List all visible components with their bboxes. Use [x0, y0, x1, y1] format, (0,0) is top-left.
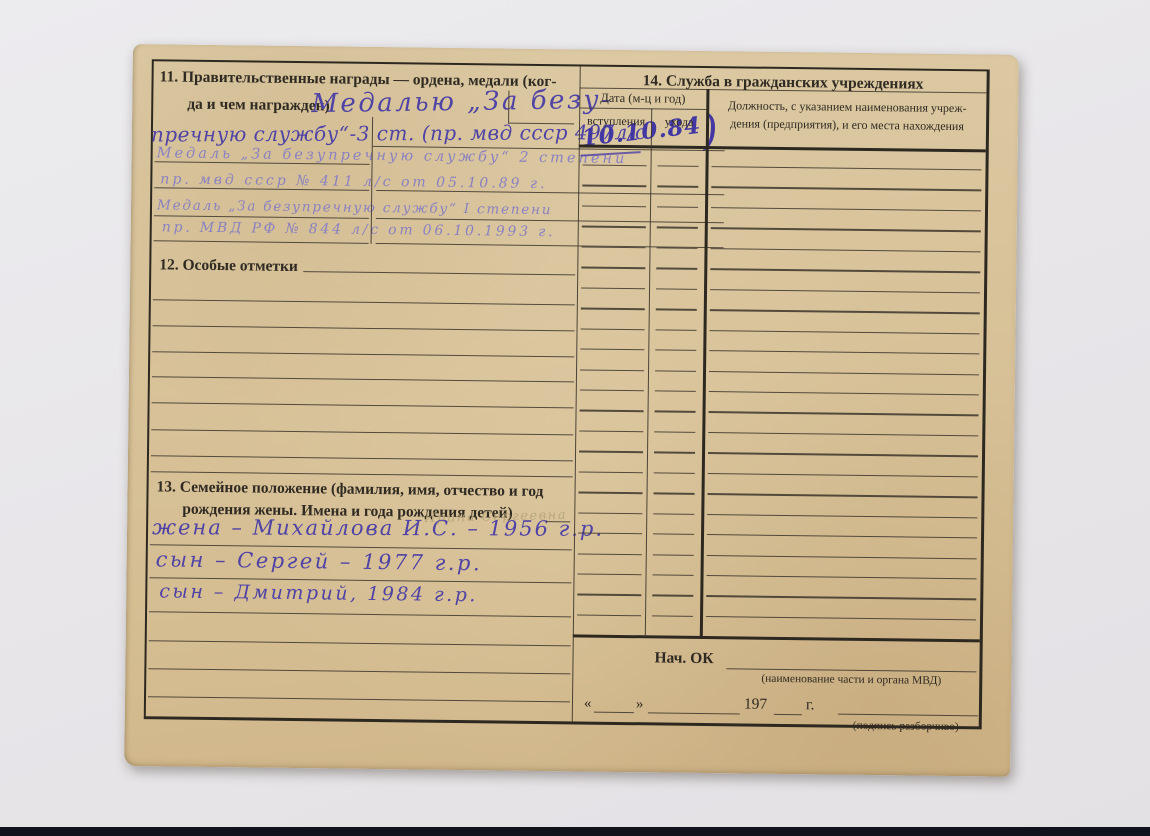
table-row-line	[653, 554, 694, 556]
footer-date-quote-close: »	[636, 695, 644, 714]
table-row-line	[711, 207, 981, 212]
table-border-line	[573, 634, 980, 642]
ruled-line	[148, 696, 570, 703]
ruled-line	[152, 402, 574, 409]
table-row-line	[581, 287, 645, 289]
table-row-line	[579, 492, 643, 494]
ruled-line	[154, 240, 369, 244]
table-position-header-line2: дения (предприятия), и его места нахожде…	[709, 116, 985, 134]
table-row-line	[577, 614, 641, 616]
table-row-line	[706, 616, 976, 621]
table-row-line	[712, 166, 982, 171]
table-row-line	[709, 411, 979, 416]
scanner-edge	[0, 827, 1150, 836]
table-row-line	[656, 288, 697, 290]
table-row-line	[710, 309, 980, 314]
table-row-line	[709, 350, 979, 355]
document-paper: 11. Правительственные награды — ордена, …	[124, 44, 1019, 777]
table-row-line	[581, 308, 645, 310]
column-divider	[508, 91, 510, 124]
table-row-line	[653, 533, 694, 535]
table-row-line	[582, 246, 646, 248]
ruled-line	[153, 299, 575, 306]
table-row-line	[578, 553, 642, 555]
ruled-line	[151, 429, 573, 436]
section13-number: 13.	[156, 478, 176, 495]
table-row-line	[707, 514, 977, 519]
table-row-line	[580, 369, 644, 371]
scan-background: 11. Правительственные награды — ордена, …	[0, 0, 1150, 836]
table-row-line	[655, 370, 696, 372]
table-row-line	[657, 206, 698, 208]
table-row-line	[711, 227, 981, 232]
table-row-line	[580, 389, 644, 391]
table-row-line	[710, 289, 980, 294]
table-col-leave: ухода	[654, 114, 704, 130]
ruled-line	[376, 190, 724, 196]
footer-year: 197	[744, 695, 767, 715]
ruled-line	[153, 325, 575, 332]
table-row-line	[652, 615, 693, 617]
table-row-line	[577, 594, 641, 596]
ruled-line	[546, 521, 570, 523]
footer-date-quote-open: «	[584, 695, 592, 714]
table-row-line	[656, 329, 697, 331]
ruled-line	[152, 376, 574, 383]
table-position-header-line1: Должность, с указанием наименования учре…	[709, 98, 985, 116]
ruled-line	[648, 712, 740, 715]
table-row-line	[654, 493, 695, 495]
footer-year-suffix: г.	[806, 695, 815, 714]
ruled-line	[594, 712, 634, 714]
table-row-line	[709, 391, 979, 396]
table-row-line	[579, 471, 643, 473]
footer-caption-sign: (подпись разборчиво)	[830, 719, 982, 735]
table-row-line	[580, 410, 644, 412]
table-row-line	[711, 248, 981, 253]
table-row-line	[711, 187, 981, 192]
ruled-line	[151, 471, 573, 478]
table-row-line	[582, 205, 646, 207]
table-row-line	[582, 226, 646, 228]
table-row-line	[656, 268, 697, 270]
ruled-line	[149, 640, 571, 647]
section11-title-line2: да и чем награжден)	[187, 95, 330, 116]
section12-title: 12. Особые отметки	[159, 255, 298, 276]
table-row-line	[580, 349, 644, 351]
table-row-line	[581, 328, 645, 330]
table-row-line	[579, 430, 643, 432]
ruled-line	[303, 271, 575, 276]
table-row-line	[653, 574, 694, 576]
table-row-line	[707, 555, 977, 560]
table-date-header: Дата (м-ц и год)	[579, 90, 706, 107]
handwritten-award-line6: пр. МВД РФ № 844 л/с от 06.10.1993 г.	[162, 219, 556, 240]
table-row-line	[578, 573, 642, 575]
table-row-line	[707, 575, 977, 580]
table-row-line	[709, 371, 979, 376]
table-row-line	[708, 473, 978, 478]
table-row-line	[653, 513, 694, 515]
handwritten-family-line1: жена – Михайлова И.С. – 1956 г.р.	[152, 515, 604, 541]
form-border: 11. Правительственные награды — ордена, …	[144, 59, 990, 729]
table-row-line	[708, 452, 978, 457]
section12-number: 12.	[159, 256, 179, 273]
table-row-line	[707, 534, 977, 539]
section14-number: 14.	[643, 72, 663, 89]
table-row-line	[656, 309, 697, 311]
ruled-line	[152, 351, 574, 358]
table-row-line	[658, 165, 699, 167]
table-row-line	[581, 267, 645, 269]
ruled-line	[151, 455, 573, 462]
handwritten-family-line2: сын – Сергей – 1977 г.р.	[156, 547, 483, 575]
table-row-line	[708, 493, 978, 498]
section13-title: 13. Семейное положение (фамилия, имя, от…	[156, 477, 572, 501]
column-divider	[645, 108, 653, 635]
table-row-line	[657, 227, 698, 229]
table-row-line	[655, 411, 696, 413]
table-row-line	[655, 390, 696, 392]
ruled-line	[774, 714, 802, 716]
section11-number: 11.	[159, 68, 178, 85]
table-row-line	[654, 452, 695, 454]
table-row-line	[706, 595, 976, 600]
table-row-line	[657, 186, 698, 188]
ruled-line	[149, 611, 571, 618]
table-row-line	[654, 431, 695, 433]
table-row-line	[652, 595, 693, 597]
table-row-line	[710, 330, 980, 335]
handwritten-award-line5: Медаль „За безупречную службу“ I степени	[157, 197, 552, 218]
ruled-line	[838, 714, 978, 717]
ruled-line	[148, 668, 570, 675]
table-row-line	[578, 512, 642, 514]
table-row-line	[579, 451, 643, 453]
handwritten-award-line1: Медалью „За безу-	[311, 85, 612, 119]
table-row-line	[657, 247, 698, 249]
table-row-line	[582, 185, 646, 187]
footer-label: Нач. ОК	[654, 648, 713, 668]
table-row-line	[710, 268, 980, 273]
table-row-line	[655, 349, 696, 351]
table-row-line	[708, 432, 978, 437]
table-col-entry: вступления	[580, 113, 652, 129]
table-row-line	[654, 472, 695, 474]
handwritten-family-line3: сын – Дмитрий, 1984 г.р.	[159, 580, 478, 606]
footer-caption-unit: (наименование части и органа МВД)	[726, 671, 976, 688]
